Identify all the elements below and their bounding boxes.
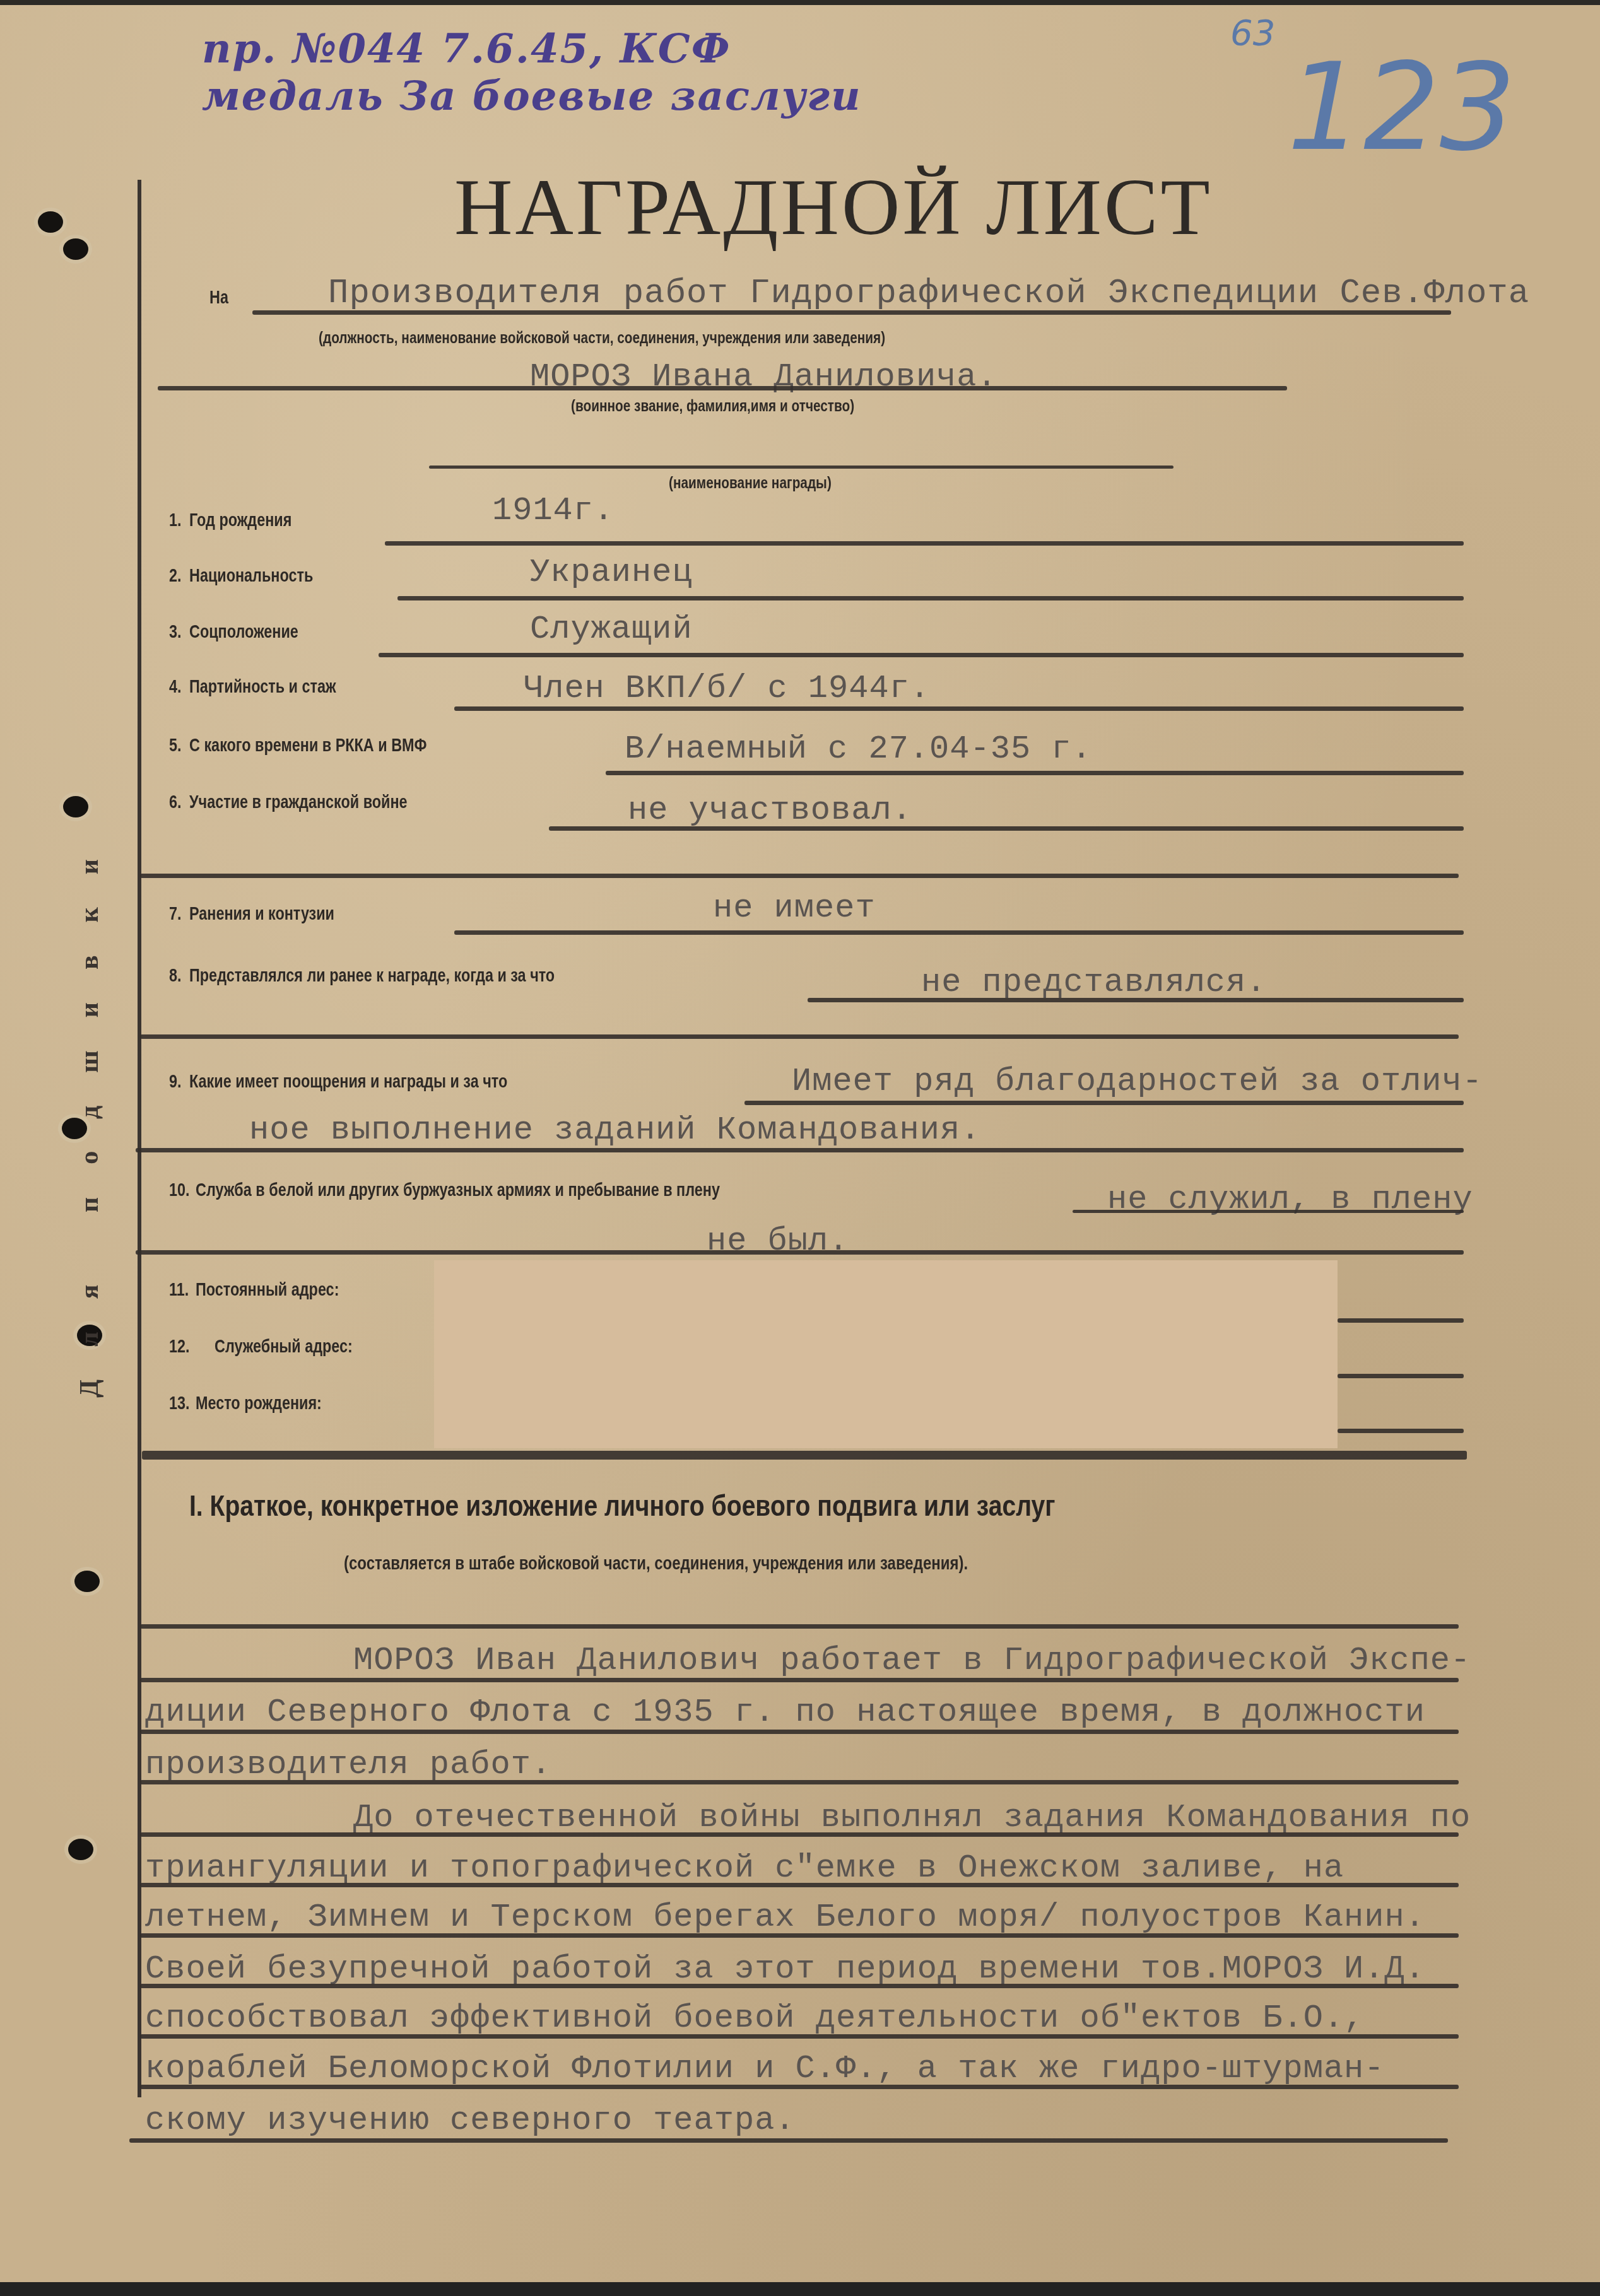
field-label-social-status: Соцположение	[189, 621, 298, 643]
field-label-foreign-service: 10.	[169, 1180, 190, 1201]
award-caption: (наименование награды)	[669, 473, 832, 493]
section-caption: (составляется в штабе войсковой части, с…	[344, 1553, 968, 1574]
to-label: На	[209, 287, 228, 308]
field-value-previous-awards: не представлялся.	[921, 964, 1267, 1001]
punch-hole-icon	[63, 238, 88, 260]
page-number-small: 63	[1230, 13, 1275, 54]
field-value-party: Член ВКП/б/ с 1944г.	[524, 670, 930, 707]
field-rule	[1338, 1374, 1464, 1378]
field-label-nationality: 2.	[169, 565, 182, 587]
field-rule	[744, 1101, 1464, 1105]
field-rule	[158, 386, 1287, 390]
field-rule	[140, 1678, 1459, 1682]
field-label-commendations: 9.	[169, 1071, 182, 1092]
field-rule	[140, 1883, 1459, 1887]
narrative-line: диции Северного Флота с 1935 г. по насто…	[145, 1694, 1425, 1731]
field-value-wounds: не имеет	[713, 889, 876, 927]
narrative-line: МОРОЗ Иван Данилович работает в Гидрогра…	[353, 1642, 1471, 1679]
document-title: НАГРАДНОЙ ЛИСТ	[454, 161, 1213, 254]
field-label-social-status: 3.	[169, 621, 182, 643]
narrative-line: Своей безупречной работой за этот период…	[145, 1950, 1425, 1988]
field-rule	[140, 2034, 1459, 2039]
field-value-civil-war: не участвовал.	[628, 792, 912, 829]
field-rule	[140, 874, 1459, 878]
field-label-commendations: Какие имеет поощрения и награды и за что	[189, 1071, 507, 1092]
field-label-wounds: Ранения и контузии	[189, 903, 334, 925]
field-rule	[549, 826, 1464, 831]
field-value-social-status: Служащий	[530, 611, 693, 648]
field-rule	[140, 2085, 1459, 2089]
field-rule	[1338, 1429, 1464, 1433]
field-rule	[606, 771, 1464, 775]
field-label-work-address: Служебный адрес:	[215, 1336, 353, 1357]
field-rule	[808, 998, 1464, 1002]
field-rule	[136, 1148, 1464, 1152]
field-rule	[140, 1624, 1459, 1629]
narrative-line: триангуляции и топографической с"емке в …	[145, 1849, 1344, 1887]
field-rule	[252, 310, 1451, 315]
field-label-nationality: Национальность	[189, 565, 313, 587]
field-rule	[454, 706, 1464, 711]
award-rule	[429, 466, 1174, 469]
field-label-service-since: С какого времени в РККА и ВМФ	[189, 735, 426, 756]
field-value-nationality: Украинец	[530, 554, 693, 591]
field-rule	[385, 541, 1464, 546]
field-label-party: Партийность и стаж	[189, 676, 336, 698]
field-value-commendations-cont: ное выполнение заданий Командования.	[249, 1111, 980, 1149]
narrative-line: До отечественной войны выполнял задания …	[353, 1799, 1471, 1836]
scan-edge-bottom	[0, 2282, 1600, 2296]
award-annotation: медаль За боевые заслуги	[202, 73, 862, 120]
field-value-birth-year: 1914г.	[492, 492, 614, 529]
field-label-service-since: 5.	[169, 735, 182, 756]
field-rule	[140, 1832, 1459, 1837]
field-label-previous-awards: 8.	[169, 965, 182, 987]
field-rule	[454, 930, 1464, 935]
field-label-civil-war: 6.	[169, 792, 182, 813]
field-rule	[136, 1250, 1464, 1255]
field-label-birthplace: Место рождения:	[196, 1393, 322, 1414]
field-rule	[140, 1034, 1459, 1039]
field-label-birth-year: Год рождения	[189, 510, 291, 531]
narrative-line: кораблей Беломорской Флотилии и С.Ф., а …	[145, 2050, 1385, 2087]
name-caption: (воинное звание, фамилия,имя и отчество)	[571, 396, 854, 416]
section-divider	[142, 1451, 1467, 1460]
field-rule	[1338, 1318, 1464, 1323]
narrative-line: скому изучению северного театра.	[145, 2102, 796, 2139]
field-label-work-address: 12.	[169, 1336, 190, 1357]
margin-rule	[138, 180, 141, 2097]
field-label-birthplace: 13.	[169, 1393, 190, 1414]
section-heading: I. Краткое, конкретное изложение личного…	[189, 1489, 1056, 1523]
order-annotation: пр. №044 7.6.45, КСФ	[202, 25, 731, 73]
field-rule	[140, 1780, 1459, 1784]
document-page: Для подшивки пр. №044 7.6.45, КСФ медаль…	[0, 0, 1600, 2296]
field-value-commendations: Имеет ряд благодарностей за отлич-	[792, 1063, 1483, 1100]
redaction-block	[434, 1260, 1338, 1448]
position-value: Производителя работ Гидрографической Экс…	[328, 274, 1529, 313]
punch-hole-icon	[63, 796, 88, 817]
field-rule	[397, 596, 1464, 600]
position-caption: (должность, наименование войсковой части…	[319, 328, 885, 348]
field-value-service-since: В/наемный с 27.04-35 г.	[625, 730, 1092, 768]
field-label-civil-war: Участие в гражданской войне	[189, 792, 408, 813]
narrative-line: производителя работ.	[145, 1746, 551, 1783]
field-rule	[1073, 1210, 1464, 1213]
field-rule	[129, 2138, 1448, 2143]
field-label-permanent-address: Постоянный адрес:	[196, 1279, 339, 1301]
field-label-birth-year: 1.	[169, 510, 182, 531]
punch-hole-icon	[68, 1839, 93, 1860]
field-label-party: 4.	[169, 676, 182, 698]
narrative-line: способствовал эффективной боевой деятель…	[145, 2000, 1364, 2037]
field-rule	[140, 1984, 1459, 1988]
field-label-foreign-service: Служба в белой или других буржуазных арм…	[196, 1180, 720, 1201]
page-number-large: 123	[1287, 38, 1516, 177]
narrative-line: летнем, Зимнем и Терском берегах Белого …	[145, 1899, 1425, 1936]
field-rule	[140, 1933, 1459, 1938]
binding-label: Для подшивки	[74, 826, 105, 1398]
punch-hole-icon	[38, 211, 63, 233]
field-label-permanent-address: 11.	[169, 1279, 189, 1301]
field-rule	[379, 653, 1464, 657]
field-label-wounds: 7.	[169, 903, 182, 925]
scan-edge-top	[0, 0, 1600, 5]
punch-hole-icon	[74, 1571, 100, 1592]
field-rule	[140, 1730, 1459, 1734]
field-label-previous-awards: Представлялся ли ранее к награде, когда …	[189, 965, 555, 987]
